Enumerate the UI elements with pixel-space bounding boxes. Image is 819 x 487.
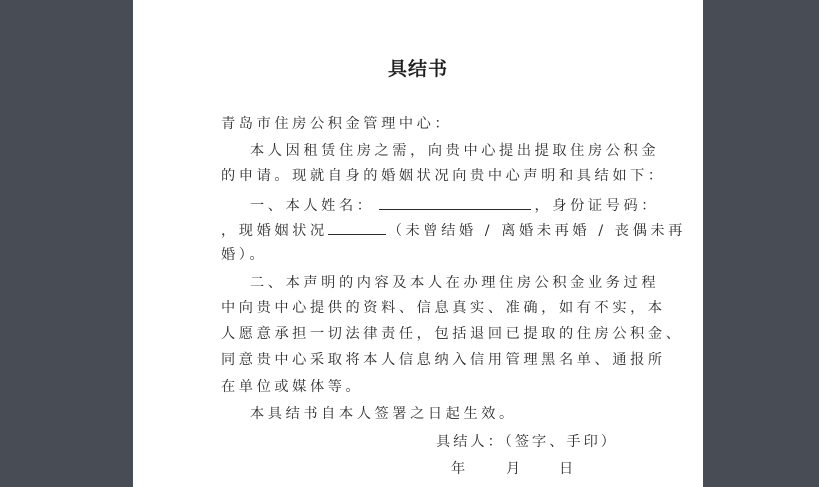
item2-line-3: 人愿意承担一切法律责任，包括退回已提取的住房公积金、 bbox=[221, 325, 683, 343]
document-page: 具结书 青岛市住房公积金管理中心： 本人因租赁住房之需，向贵中心提出提取住房公积… bbox=[133, 0, 703, 487]
item2-line-5: 在单位或媒体等。 bbox=[221, 378, 363, 396]
date-year-label: 年 bbox=[451, 458, 465, 478]
intro-line-2: 的申请。现就自身的婚姻状况向贵中心声明和具结如下： bbox=[221, 167, 666, 185]
name-blank-field[interactable] bbox=[379, 195, 531, 210]
date-day-label: 日 bbox=[559, 458, 573, 478]
id-number-label: ，身份证号码： bbox=[535, 198, 660, 214]
item2-line-4: 同意贵中心采取将本人信息纳入信用管理黑名单、通报所 bbox=[221, 351, 666, 369]
document-viewer: 具结书 青岛市住房公积金管理中心： 本人因租赁住房之需，向贵中心提出提取住房公积… bbox=[0, 0, 819, 487]
name-label: 一、本人姓名： bbox=[250, 198, 375, 214]
document-title: 具结书 bbox=[133, 54, 703, 81]
effective-statement: 本具结书自本人签署之日起生效。 bbox=[250, 405, 517, 423]
date-month-label: 月 bbox=[506, 458, 520, 478]
marital-status-options: （未曾结婚 / 离婚未再婚 / 丧偶未再 bbox=[388, 223, 686, 239]
item1-marital-line: ，现婚姻状况（未曾结婚 / 离婚未再婚 / 丧偶未再 bbox=[221, 220, 686, 240]
salutation: 青岛市住房公积金管理中心： bbox=[221, 115, 452, 133]
item2-line-2: 中向贵中心提供的资料、信息真实、准确，如有不实，本 bbox=[221, 299, 666, 317]
signature-label: 具结人：（签字、手印） bbox=[436, 431, 618, 451]
item1-line-3: 婚）。 bbox=[221, 246, 267, 264]
marital-status-label: ，现婚姻状况 bbox=[221, 223, 328, 239]
item1-name-line: 一、本人姓名：，身份证号码： bbox=[250, 195, 659, 215]
intro-line-1: 本人因租赁住房之需，向贵中心提出提取住房公积金 bbox=[250, 142, 659, 160]
marital-status-blank-field[interactable] bbox=[328, 220, 386, 235]
item2-line-1: 二、本声明的内容及本人在办理住房公积金业务过程 bbox=[250, 274, 659, 292]
